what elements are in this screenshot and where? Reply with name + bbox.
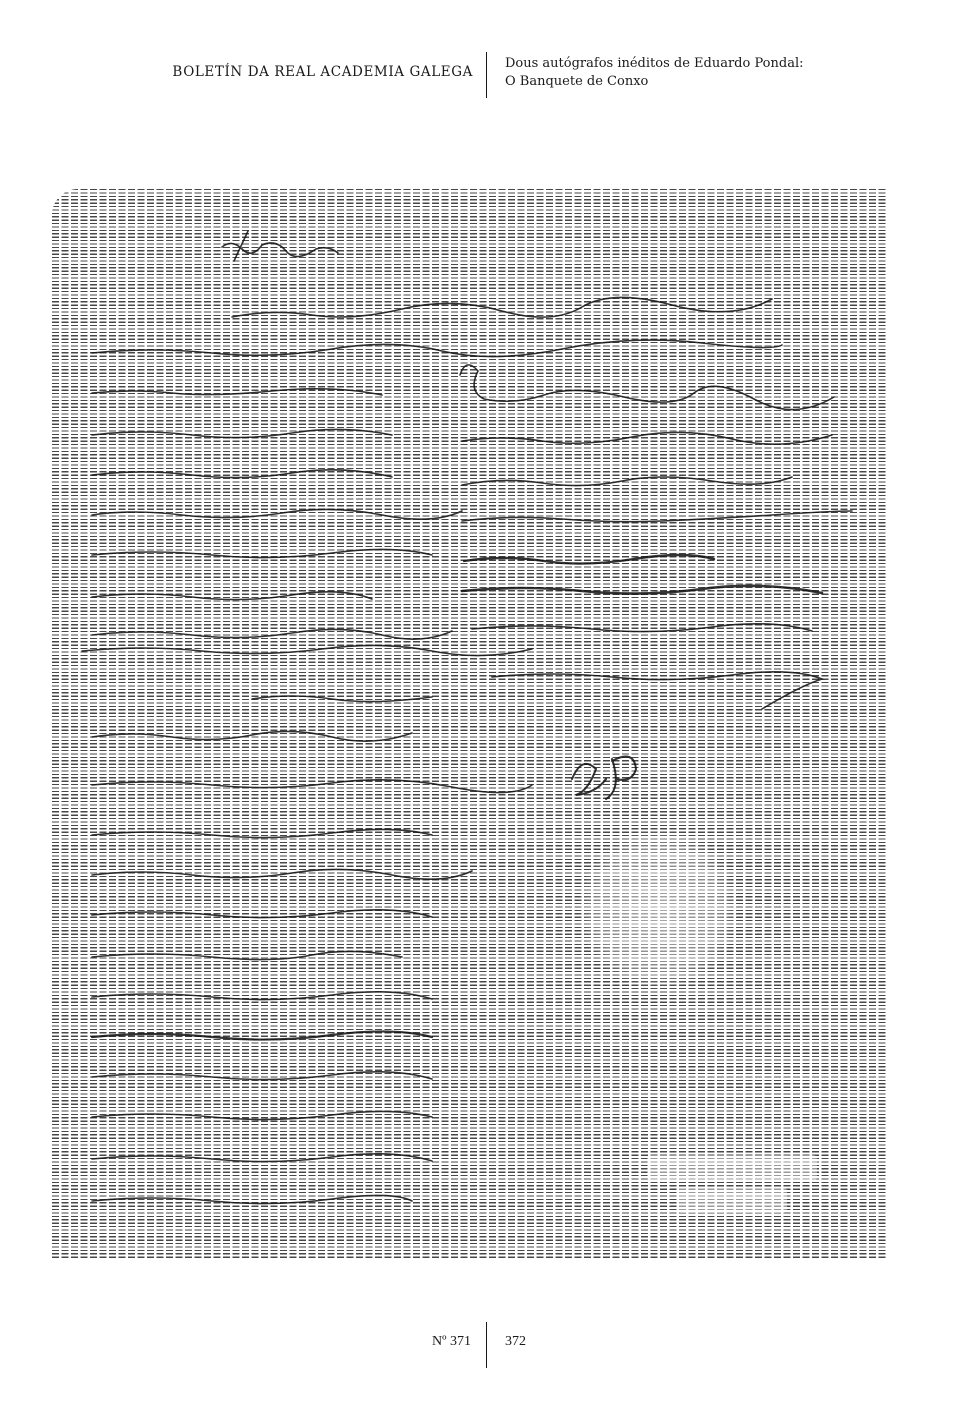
footer-divider [486, 1322, 487, 1368]
watermark-line-2 [677, 1187, 787, 1213]
article-title-line-2: O Banquete de Conxo [505, 73, 804, 91]
page-footer: Nº 371 372 [0, 1322, 975, 1368]
library-stamp [578, 829, 738, 989]
issue-number: Nº 371 [432, 1334, 471, 1350]
page-number: 372 [505, 1334, 526, 1350]
watermark [632, 1149, 832, 1219]
article-title-line-1: Dous autógrafos inéditos de Eduardo Pond… [505, 55, 804, 73]
journal-title: BOLETÍN DA REAL ACADEMIA GALEGA [172, 64, 473, 80]
header-divider [486, 52, 487, 98]
page-header: BOLETÍN DA REAL ACADEMIA GALEGA Dous aut… [0, 52, 975, 98]
manuscript-image [52, 189, 888, 1258]
handwriting-strokes [52, 189, 888, 1258]
watermark-line-1 [647, 1155, 817, 1181]
article-title: Dous autógrafos inéditos de Eduardo Pond… [505, 55, 804, 91]
